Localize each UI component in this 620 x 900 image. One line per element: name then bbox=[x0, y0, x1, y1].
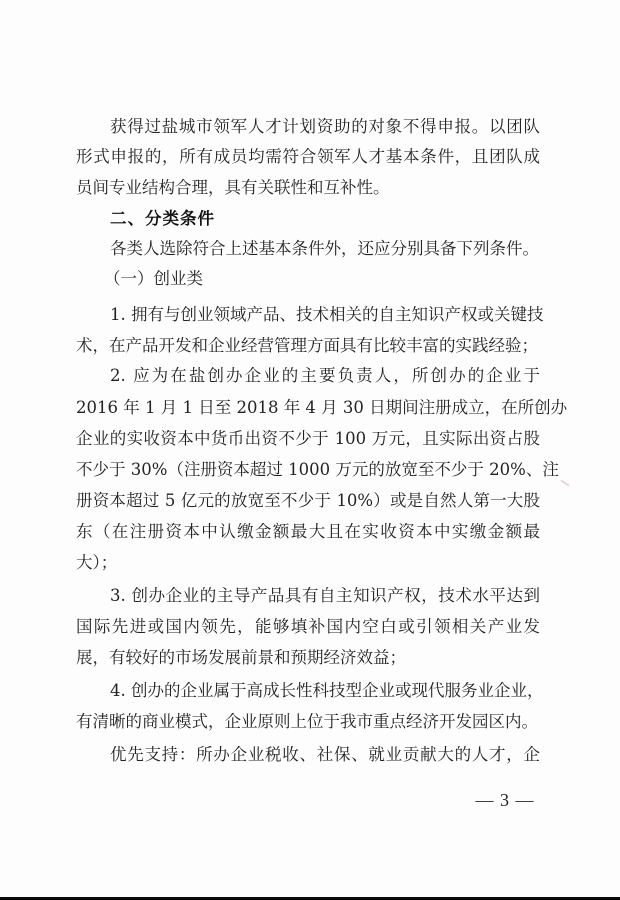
list-item-line: 大）； bbox=[76, 551, 540, 575]
list-item-line: 2016 年 1 月 1 日至 2018 年 4 月 30 日期间注册成立，在所… bbox=[76, 396, 540, 420]
body-line: 优先支持：所办企业税收、社保、就业贡献大的人才，企 bbox=[110, 743, 540, 767]
list-item-line: 有清晰的商业模式，企业原则上位于我市重点经济开发园区内。 bbox=[76, 710, 540, 734]
section-heading: 二、分类条件 bbox=[110, 207, 540, 231]
list-item-line: 展，有较好的市场发展前景和预期经济效益； bbox=[76, 646, 540, 670]
list-item-line: 术，在产品开发和企业经营管理方面具有比较丰富的实践经验； bbox=[76, 334, 540, 358]
list-item-line: 册资本超过 5 亿元的放宽至不少于 10%）或是自然人第一大股 bbox=[76, 489, 540, 513]
list-item-line: 3. 创办企业的主导产品具有自主知识产权，技术水平达到 bbox=[110, 584, 540, 608]
list-item-line: 国际先进或国内领先，能够填补国内空白或引领相关产业发 bbox=[76, 615, 540, 639]
document-page: 获得过盐城市领军人才计划资助的对象不得申报。以团队 形式申报的，所有成员均需符合… bbox=[0, 0, 620, 898]
subsection-heading: （一）创业类 bbox=[104, 267, 534, 291]
list-item-line: 不少于 30%（注册资本超过 1000 万元的放宽至不少于 20%、注 bbox=[76, 458, 540, 482]
list-item-line: 4. 创办的企业属于高成长性科技型企业或现代服务业企业， bbox=[110, 679, 540, 703]
body-line: 员间专业结构合理，具有关联性和互补性。 bbox=[76, 176, 540, 200]
body-line: 各类人选除符合上述基本条件外，还应分别具备下列条件。 bbox=[110, 237, 540, 261]
list-item-line: 企业的实收资本中货币出资不少于 100 万元，且实际出资占股 bbox=[76, 427, 540, 451]
list-item-line: 2. 应为在盐创办企业的主要负责人，所创办的企业于 bbox=[110, 364, 540, 388]
list-item-line: 东（在注册资本中认缴金额最大且在实收资本中实缴金额最 bbox=[76, 520, 540, 544]
page-number: — 3 — bbox=[470, 790, 540, 811]
body-line: 形式申报的，所有成员均需符合领军人才基本条件，且团队成 bbox=[76, 145, 540, 169]
scan-artifact bbox=[560, 479, 569, 486]
list-item-line: 1. 拥有与创业领域产品、技术相关的自主知识产权或关键技 bbox=[110, 303, 540, 327]
body-line: 获得过盐城市领军人才计划资助的对象不得申报。以团队 bbox=[110, 115, 540, 139]
